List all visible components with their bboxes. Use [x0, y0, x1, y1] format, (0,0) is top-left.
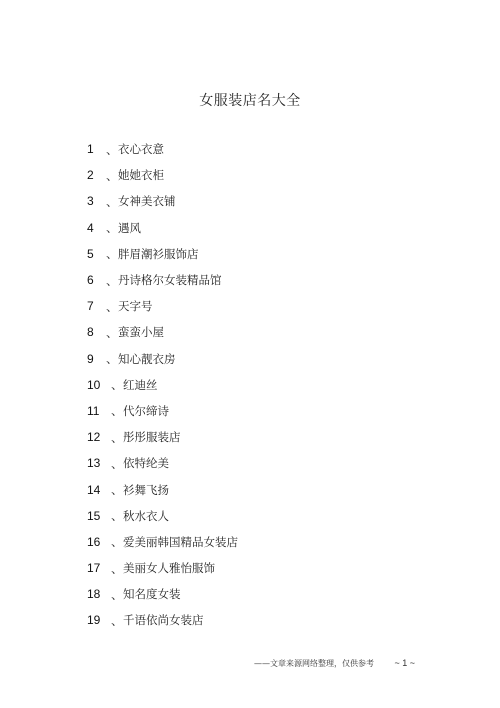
item-number: 6	[87, 273, 106, 287]
item-separator: 、	[111, 429, 123, 446]
list-item: 19、千语依尚女装店	[87, 607, 238, 633]
item-separator: 、	[111, 560, 123, 577]
item-number: 11	[87, 404, 111, 418]
item-separator: 、	[106, 298, 118, 315]
item-separator: 、	[106, 193, 118, 210]
item-number: 2	[87, 168, 106, 182]
document-title: 女服装店名大全	[0, 90, 500, 110]
item-name: 衫舞飞扬	[123, 482, 169, 498]
item-name: 代尔缔诗	[123, 403, 169, 419]
list-item: 10、红迪丝	[87, 372, 238, 398]
item-name: 衣心衣意	[118, 141, 164, 157]
item-separator: 、	[106, 245, 118, 262]
item-number: 14	[87, 483, 111, 497]
list-item: 13、依特纶美	[87, 450, 238, 476]
item-number: 13	[87, 456, 111, 470]
item-separator: 、	[111, 455, 123, 472]
item-name: 蛮蛮小屋	[118, 324, 164, 340]
item-separator: 、	[106, 141, 118, 158]
item-separator: 、	[106, 272, 118, 289]
item-number: 17	[87, 561, 111, 575]
item-number: 9	[87, 352, 106, 366]
page-number: ~ 1 ~	[395, 658, 416, 668]
list-item: 16、爱美丽韩国精品女装店	[87, 529, 238, 555]
item-separator: 、	[111, 402, 123, 419]
list-item: 7、天字号	[87, 293, 238, 319]
list-item: 9、知心靓衣房	[87, 346, 238, 372]
item-number: 15	[87, 509, 111, 523]
item-number: 4	[87, 221, 106, 235]
item-separator: 、	[111, 376, 123, 393]
item-name: 爱美丽韩国精品女装店	[123, 534, 238, 550]
item-number: 7	[87, 299, 106, 313]
item-number: 10	[87, 378, 111, 392]
item-number: 3	[87, 194, 106, 208]
item-name: 知名度女装	[123, 586, 181, 602]
item-separator: 、	[106, 219, 118, 236]
list-item: 11、代尔缔诗	[87, 398, 238, 424]
item-number: 19	[87, 613, 111, 627]
item-name: 丹诗格尔女装精品馆	[118, 272, 222, 288]
item-number: 1	[87, 142, 106, 156]
shop-name-list: 1、衣心衣意2、她她衣柜3、女神美衣铺4、遇风5、胖眉潮衫服饰店6、丹诗格尔女装…	[87, 136, 238, 634]
item-name: 天字号	[118, 298, 153, 314]
list-item: 1、衣心衣意	[87, 136, 238, 162]
item-name: 她她衣柜	[118, 167, 164, 183]
list-item: 8、蛮蛮小屋	[87, 319, 238, 345]
item-name: 知心靓衣房	[118, 351, 176, 367]
item-number: 8	[87, 325, 106, 339]
list-item: 2、她她衣柜	[87, 162, 238, 188]
item-name: 美丽女人雅怡服饰	[123, 560, 215, 576]
list-item: 6、丹诗格尔女装精品馆	[87, 267, 238, 293]
item-separator: 、	[111, 507, 123, 524]
item-number: 16	[87, 535, 111, 549]
item-name: 女神美衣铺	[118, 193, 176, 209]
item-name: 千语依尚女装店	[123, 612, 204, 628]
item-name: 彤彤服装店	[123, 429, 181, 445]
item-separator: 、	[106, 350, 118, 367]
item-separator: 、	[106, 167, 118, 184]
footer-note: ——文章来源网络整理，仅供参考	[254, 659, 374, 668]
list-item: 12、彤彤服装店	[87, 424, 238, 450]
item-number: 12	[87, 430, 111, 444]
item-separator: 、	[111, 612, 123, 629]
item-separator: 、	[111, 481, 123, 498]
item-name: 遇风	[118, 220, 141, 236]
list-item: 5、胖眉潮衫服饰店	[87, 241, 238, 267]
item-name: 红迪丝	[123, 377, 158, 393]
list-item: 18、知名度女装	[87, 581, 238, 607]
item-separator: 、	[111, 586, 123, 603]
item-separator: 、	[111, 533, 123, 550]
item-number: 5	[87, 247, 106, 261]
list-item: 3、女神美衣铺	[87, 188, 238, 214]
item-number: 18	[87, 587, 111, 601]
item-separator: 、	[106, 324, 118, 341]
item-name: 秋水衣人	[123, 508, 169, 524]
item-name: 依特纶美	[123, 455, 169, 471]
list-item: 15、秋水衣人	[87, 503, 238, 529]
list-item: 14、衫舞飞扬	[87, 476, 238, 502]
page-footer: ——文章来源网络整理，仅供参考 ~ 1 ~	[254, 658, 415, 669]
list-item: 4、遇风	[87, 215, 238, 241]
document-page: 女服装店名大全 1、衣心衣意2、她她衣柜3、女神美衣铺4、遇风5、胖眉潮衫服饰店…	[0, 0, 500, 708]
item-name: 胖眉潮衫服饰店	[118, 246, 199, 262]
list-item: 17、美丽女人雅怡服饰	[87, 555, 238, 581]
